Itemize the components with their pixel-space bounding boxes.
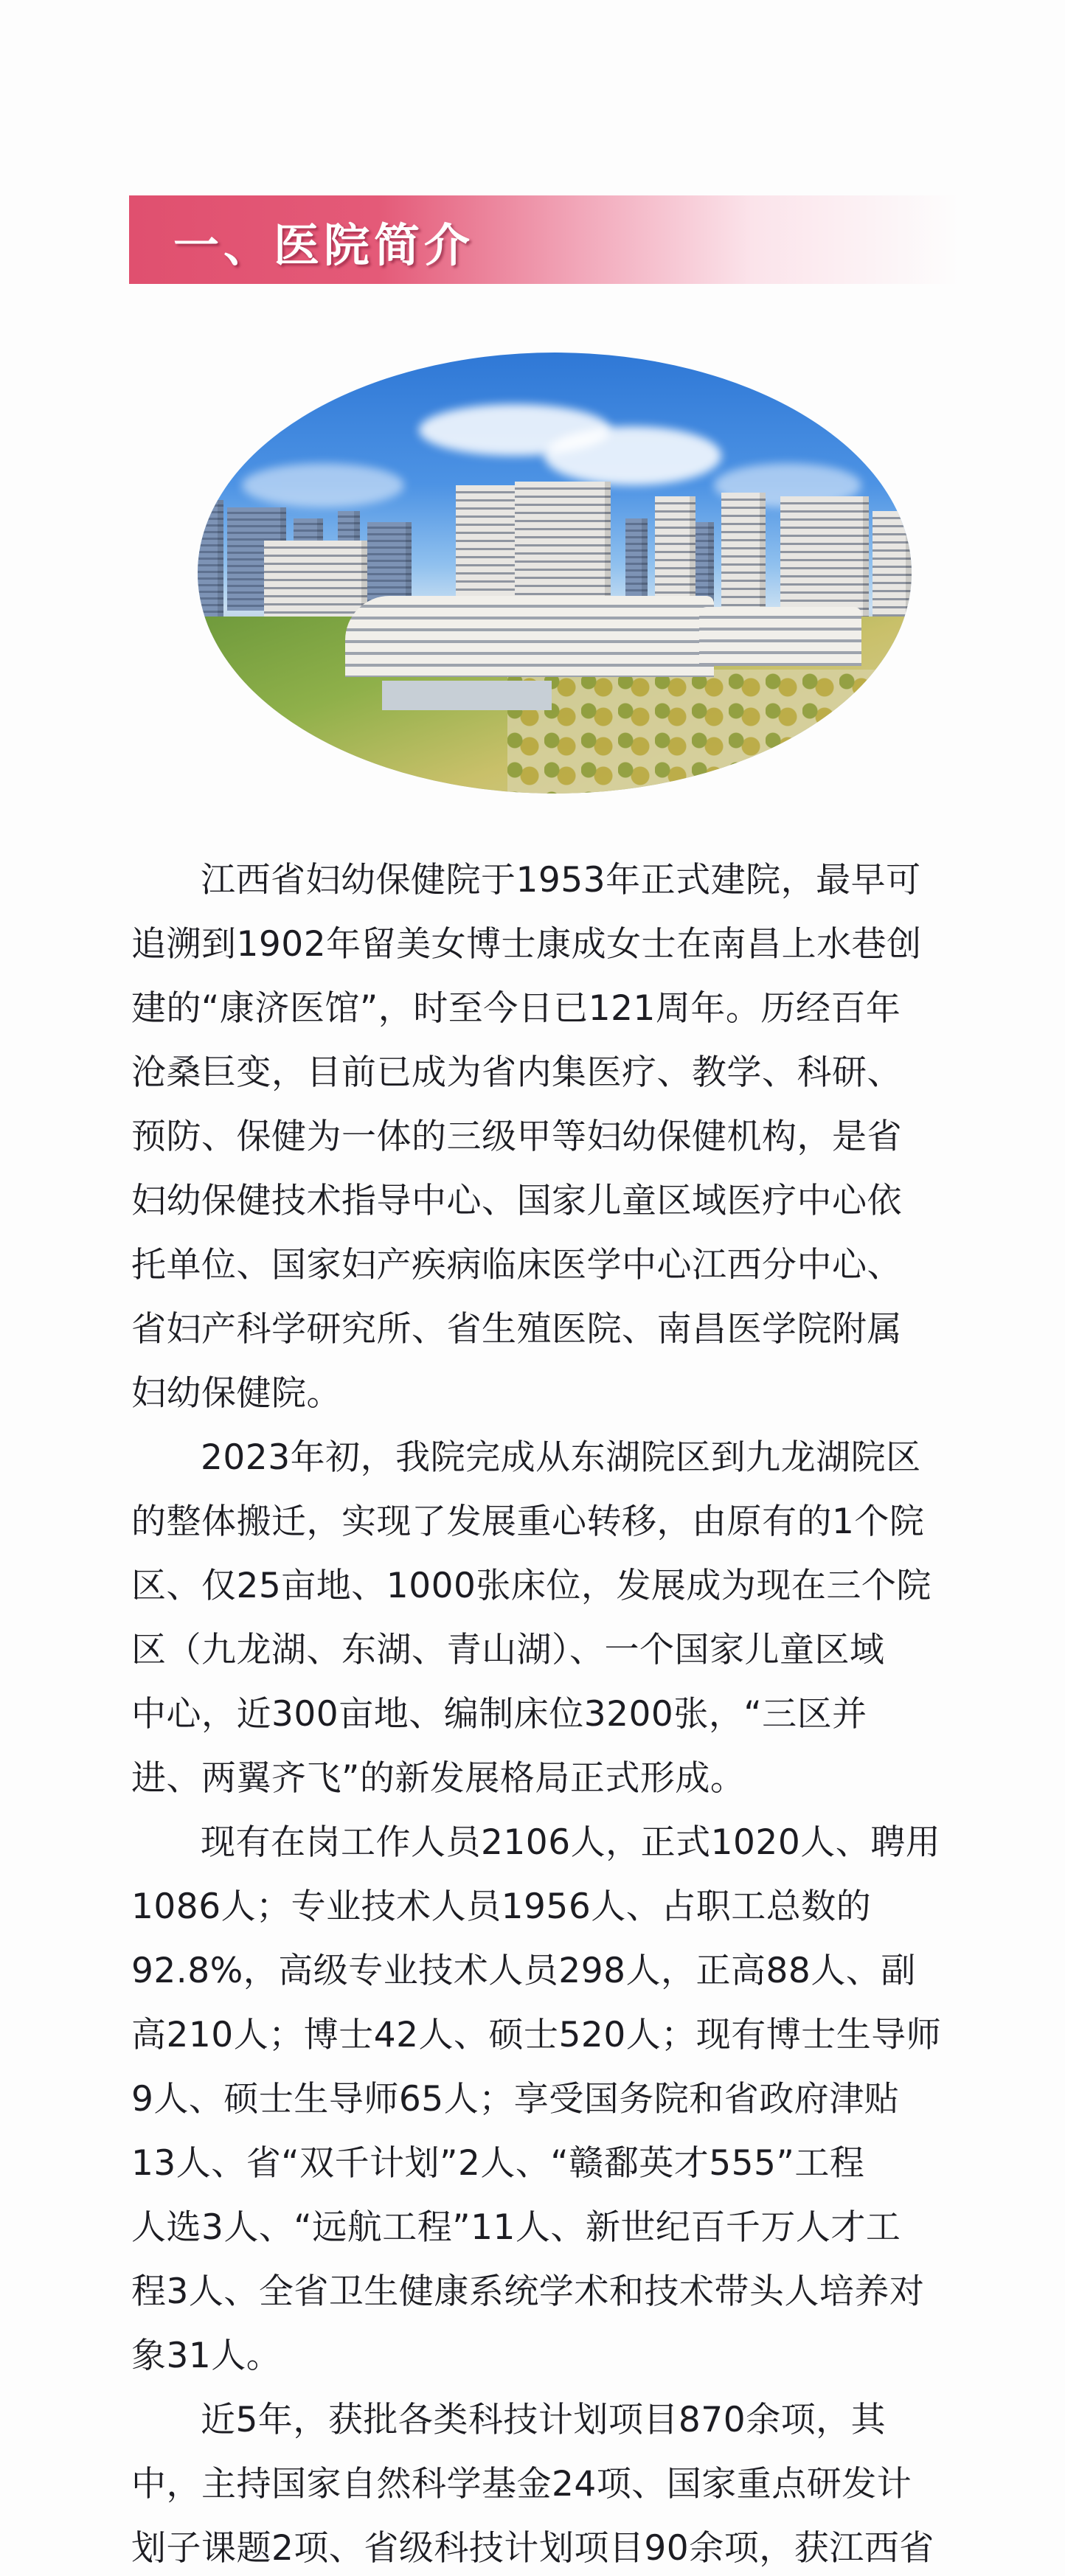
text-line: 高210人；博士42人、硕士520人；现有博士生导师 [131, 2003, 994, 2067]
text-line: 现有在岗工作人员2106人，正式1020人、聘用 [131, 1811, 994, 1875]
text-line: 9人、硕士生导师65人；享受国务院和省政府津贴 [131, 2067, 994, 2131]
paragraph-relocation: 2023年初，我院完成从东湖院区到九龙湖院区 的整体搬迁，实现了发展重心转移，由… [131, 1426, 994, 1811]
text-line: 象31人。 [131, 2324, 994, 2388]
text-line: 中心，近300亩地、编制床位3200张，“三区并 [131, 1682, 994, 1746]
text-line: 的整体搬迁，实现了发展重心转移，由原有的1个院 [131, 1490, 994, 1554]
section-header-banner: 一、医院简介 [129, 195, 959, 284]
hospital-introduction-text: 江西省妇幼保健院于1953年正式建院，最早可 追溯到1902年留美女博士康成女士… [131, 848, 994, 2576]
section-title: 一、医院简介 [173, 209, 474, 274]
text-line: 2023年初，我院完成从东湖院区到九龙湖院区 [131, 1426, 994, 1490]
text-line: 区（九龙湖、东湖、青山湖）、一个国家儿童区域 [131, 1618, 994, 1682]
text-line: 近5年，获批各类科技计划项目870余项，其 [131, 2388, 994, 2452]
text-line: 妇幼保健技术指导中心、国家儿童区域医疗中心依 [131, 1169, 994, 1233]
text-line: 92.8%，高级专业技术人员298人，正高88人、副 [131, 1939, 994, 2003]
text-line: 妇幼保健院。 [131, 1361, 994, 1426]
text-line: 沧桑巨变，目前已成为省内集医疗、教学、科研、 [131, 1041, 994, 1105]
text-line: 划子课题2项、省级科技计划项目90余项，获江西省 [131, 2516, 994, 2576]
text-line: 江西省妇幼保健院于1953年正式建院，最早可 [131, 848, 994, 912]
text-line: 省妇产科学研究所、省生殖医院、南昌医学院附属 [131, 1297, 994, 1361]
paragraph-history: 江西省妇幼保健院于1953年正式建院，最早可 追溯到1902年留美女博士康成女士… [131, 848, 994, 1426]
text-line: 预防、保健为一体的三级甲等妇幼保健机构，是省 [131, 1105, 994, 1169]
text-line: 追溯到1902年留美女博士康成女士在南昌上水巷创 [131, 912, 994, 976]
paragraph-staff: 现有在岗工作人员2106人，正式1020人、聘用 1086人；专业技术人员195… [131, 1811, 994, 2388]
text-line: 区、仅25亩地、1000张床位，发展成为现在三个院 [131, 1554, 994, 1618]
paragraph-research: 近5年，获批各类科技计划项目870余项，其 中，主持国家自然科学基金24项、国家… [131, 2388, 994, 2576]
text-line: 中，主持国家自然科学基金24项、国家重点研发计 [131, 2452, 994, 2516]
text-line: 1086人；专业技术人员1956人、占职工总数的 [131, 1875, 994, 1939]
text-line: 程3人、全省卫生健康系统学术和技术带头人培养对 [131, 2260, 994, 2324]
text-line: 托单位、国家妇产疾病临床医学中心江西分中心、 [131, 1233, 994, 1297]
text-line: 进、两翼齐飞”的新发展格局正式形成。 [131, 1746, 994, 1811]
text-line: 人选3人、“远航工程”11人、新世纪百千万人才工 [131, 2195, 994, 2260]
text-line: 13人、省“双千计划”2人、“赣鄱英才555”工程 [131, 2131, 994, 2195]
text-line: 建的“康济医馆”，时至今日已121周年。历经百年 [131, 976, 994, 1041]
hospital-campus-photo [198, 353, 912, 794]
